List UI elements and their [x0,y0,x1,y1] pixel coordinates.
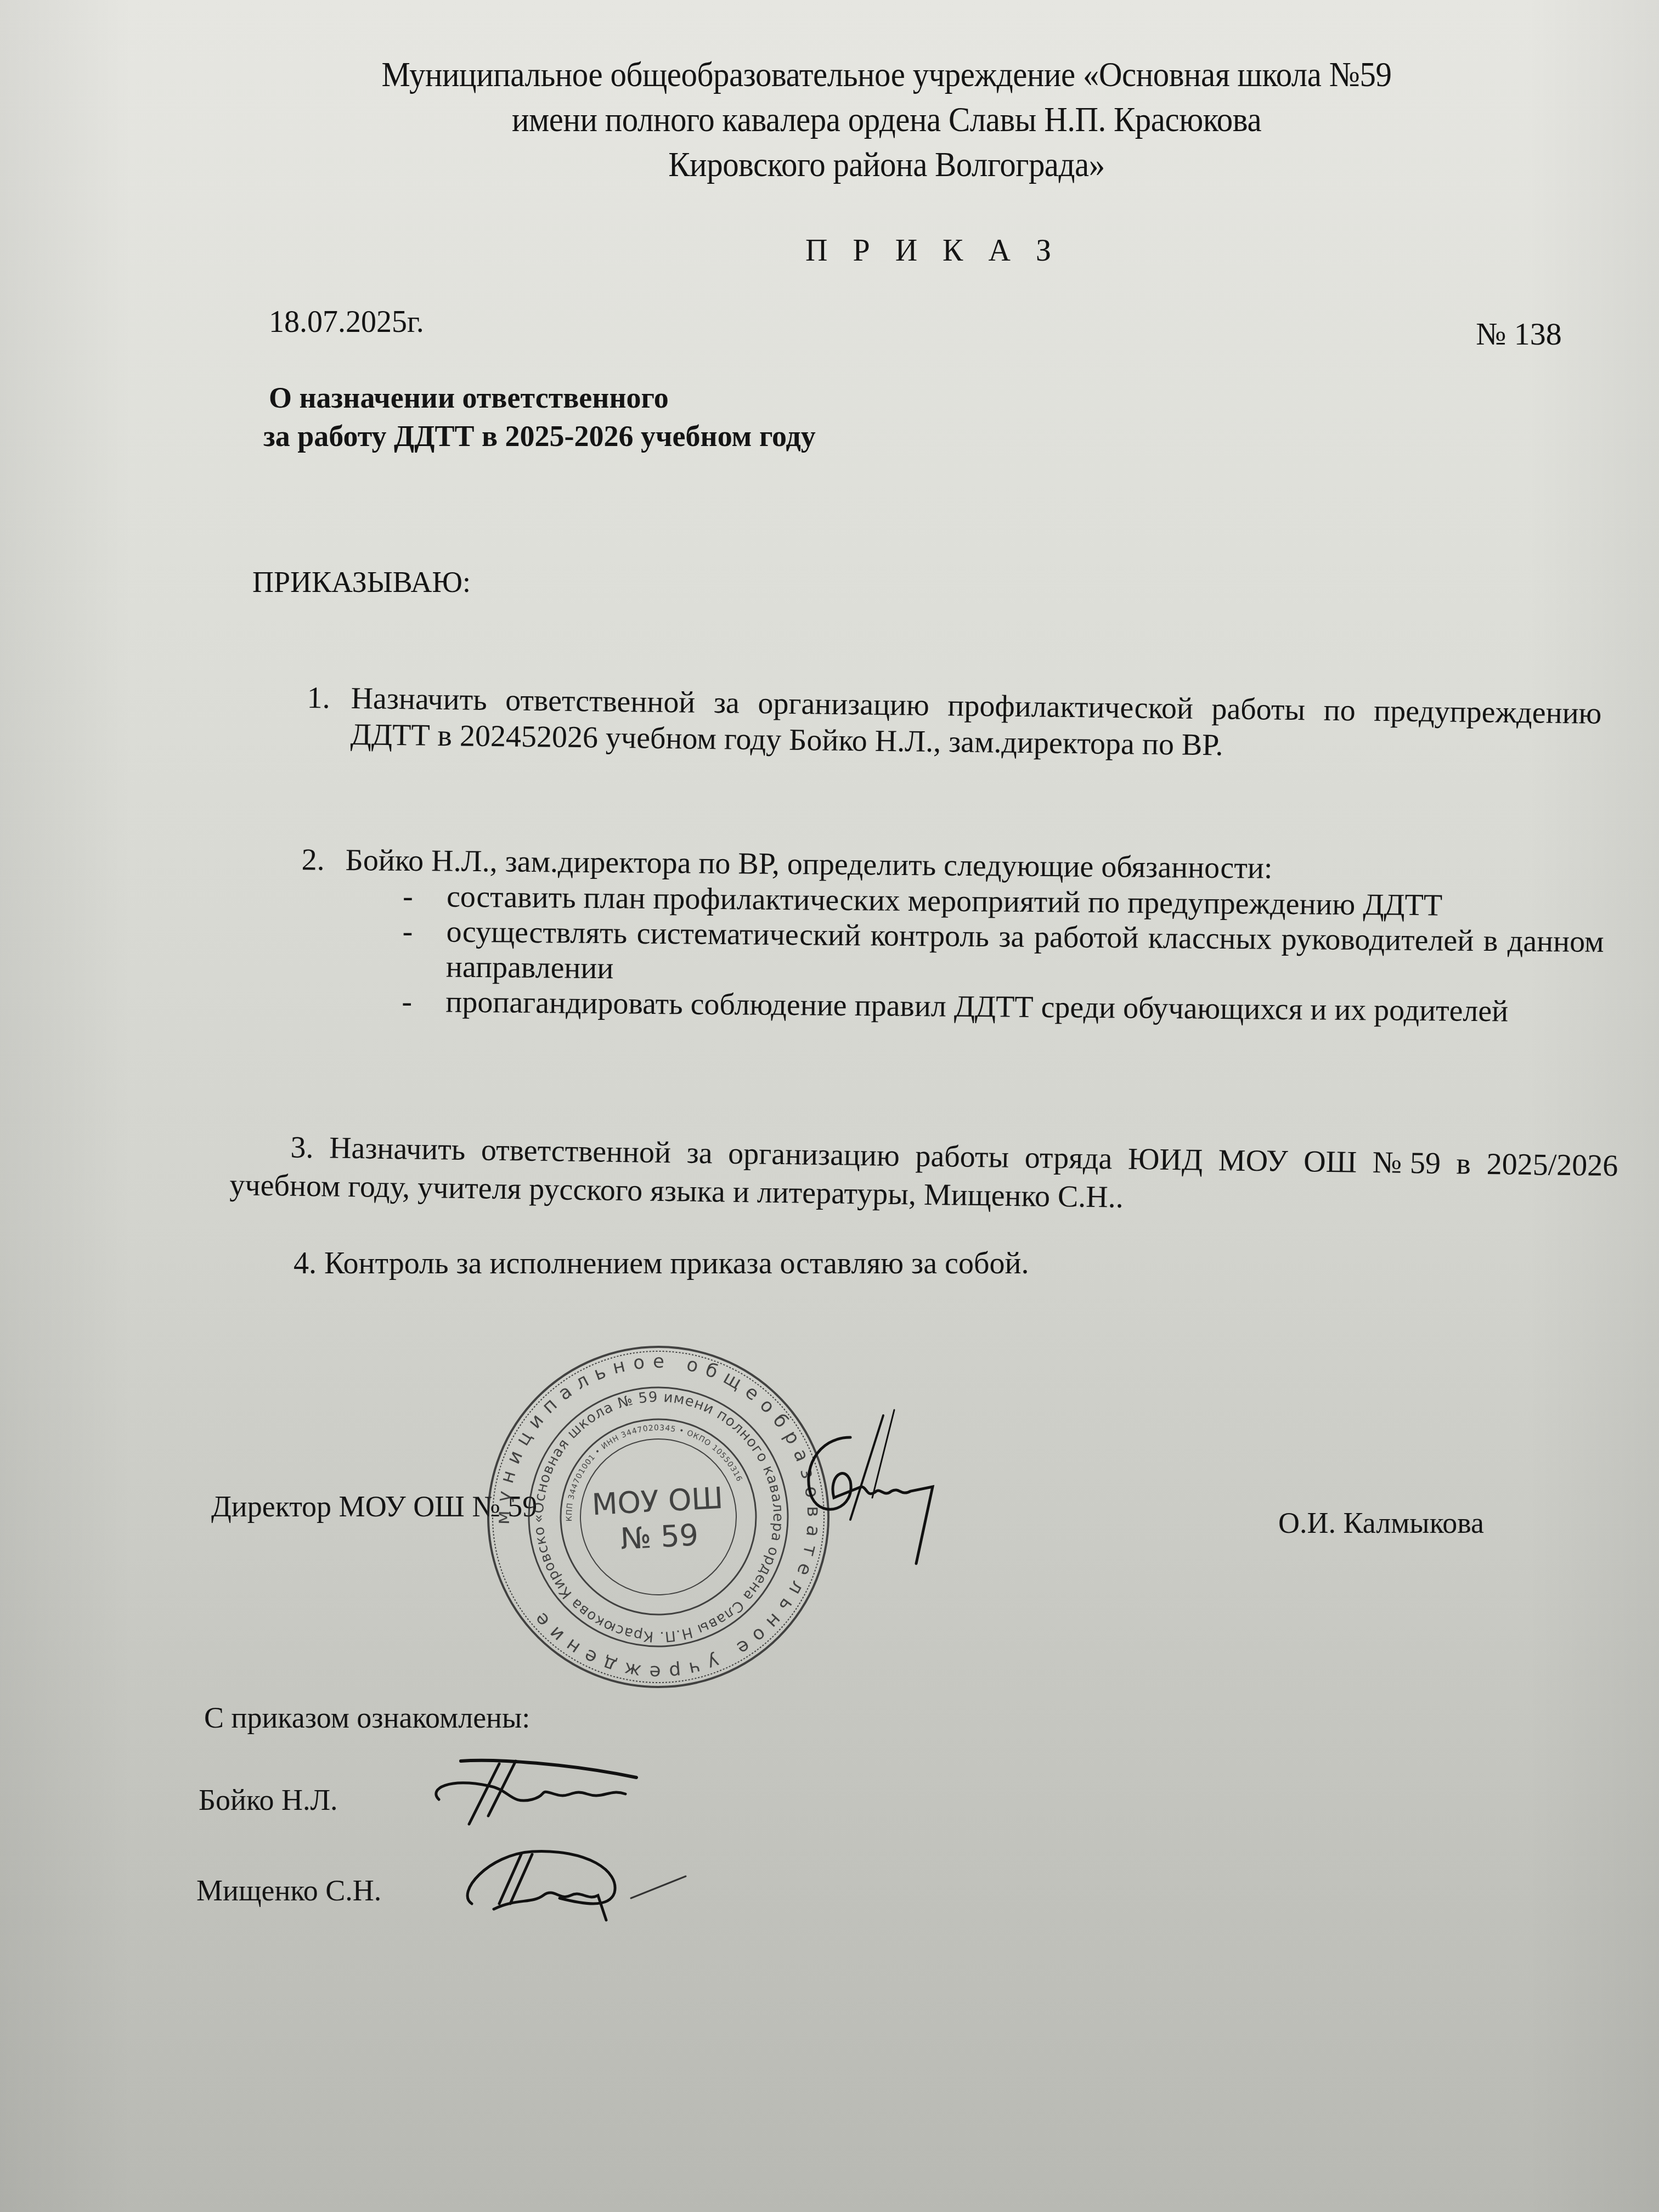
subject-line-2: за работу ДДТТ в 2025-2026 учебном году [263,417,816,455]
bullet-dash: - [403,879,413,914]
ack-person-boyko: Бойко Н.Л. [199,1783,338,1817]
item-text: Назначить ответственной за организацию р… [229,1131,1618,1215]
institution-header: Муниципальное общеобразовательное учрежд… [230,52,1543,187]
order-subject: О назначении ответственного за работу ДД… [263,379,816,455]
order-number: № 138 [1476,315,1562,352]
boyko-signature-icon [428,1756,658,1827]
bullet-dash: - [402,914,413,949]
order-title: П Р И К А З [0,233,1659,268]
stamp-center-line-2: № 59 [619,1517,699,1556]
header-line-2: имени полного кавалера ордена Славы Н.П.… [230,97,1543,142]
order-item-1: 1. Назначить ответственной за организаци… [350,680,1601,768]
order-item-4: 4. Контроль за исполнением приказа остав… [294,1245,1500,1282]
director-name: О.И. Калмыкова [1278,1506,1484,1540]
subject-line-1: О назначении ответственного [263,379,816,417]
order-date: 18.07.2025г. [269,304,424,340]
item-number: 4. [294,1246,317,1280]
director-signature-icon [757,1404,955,1569]
duties-list: - составить план профилактических меропр… [445,879,1604,1030]
stamp-center-line-1: МОУ ОШ [591,1481,724,1522]
item-number: 1. [307,680,330,716]
order-document: Муниципальное общеобразовательное учрежд… [0,0,1659,2212]
header-line-1: Муниципальное общеобразовательное учрежд… [230,52,1543,97]
header-line-3: Кировского района Волгограда» [230,142,1543,187]
item-text: Назначить ответственной за организацию п… [350,681,1601,762]
bullet-dash: - [402,984,412,1019]
item-text: Контроль за исполнением приказа оставляю… [324,1246,1029,1280]
mishchenko-signature-icon [450,1843,691,1926]
item-number: 2. [301,842,325,878]
acknowledgement-title: С приказом ознакомлены: [204,1701,530,1735]
duty-item: - осуществлять систематический контроль … [446,915,1604,995]
item-number: 3. [290,1131,314,1165]
order-item-2: 2. Бойко Н.Л., зам.директора по ВР, опре… [344,842,1607,1030]
ack-person-mishchenko: Мищенко С.Н. [196,1874,381,1908]
command-word: ПРИКАЗЫВАЮ: [252,565,471,599]
order-item-3: 3. Назначить ответственной за организаци… [229,1127,1618,1223]
